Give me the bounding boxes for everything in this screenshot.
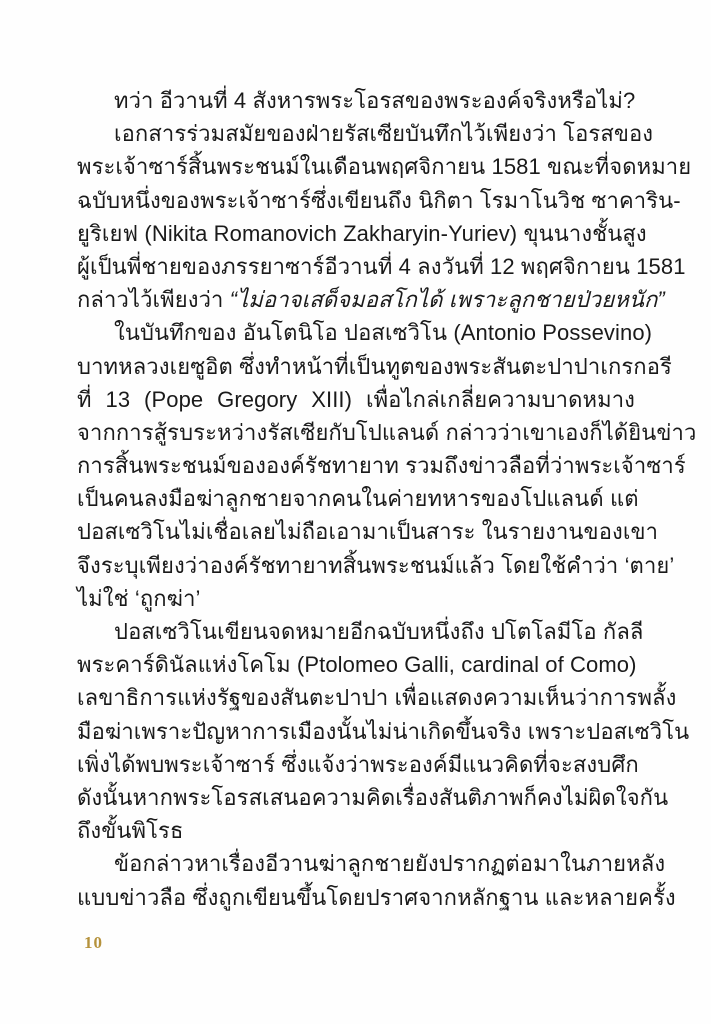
text-segment: เพิ่งได้พบพระเจ้าซาร์ ซึ่งแจ้งว่าพระองค์… (77, 752, 639, 777)
text-segment: ไม่ใช่ ‘ถูกฆ่า’ (77, 586, 201, 611)
text-segment: ทว่า อีวานที่ 4 สังหารพระโอรสของพระองค์จ… (114, 88, 635, 113)
text-line: ทว่า อีวานที่ 4 สังหารพระโอรสของพระองค์จ… (77, 84, 635, 117)
text-segment: กล่าวไว้เพียงว่า (77, 287, 230, 312)
text-segment: ในบันทึกของ อันโตนิโอ ปอสเซวิโน (Antonio… (114, 320, 652, 345)
text-segment: เอกสารร่วมสมัยของฝ่ายรัสเซียบันทึกไว้เพี… (114, 121, 653, 146)
text-line: ปอสเซวิโนไม่เชื่อเลยไม่ถือเอามาเป็นสาระ … (77, 515, 635, 548)
text-segment: ปอสเซวิโนไม่เชื่อเลยไม่ถือเอามาเป็นสาระ … (77, 519, 658, 544)
text-line: ปอสเซวิโนเขียนจดหมายอีกฉบับหนึ่งถึง ปโตโ… (77, 615, 635, 648)
text-segment: ยูริเยฟ (Nikita Romanovich Zakharyin-Yur… (77, 221, 647, 246)
text-segment: การสิ้นพระชนม์ขององค์รัชทายาท รวมถึงข่าว… (77, 453, 686, 478)
body-text: ทว่า อีวานที่ 4 สังหารพระโอรสของพระองค์จ… (77, 84, 635, 914)
text-line: เป็นคนลงมือฆ่าลูกชายจากคนในค่ายทหารของโป… (77, 482, 635, 515)
text-line: พระคาร์ดินัลแห่งโคโม (Ptolomeo Galli, ca… (77, 648, 635, 681)
quoted-italic-text: “ไม่อาจเสด็จมอสโกได้ เพราะลูกชายป่วยหนัก… (230, 287, 665, 312)
text-line: จึงระบุเพียงว่าองค์รัชทายาทสิ้นพระชนม์แล… (77, 549, 635, 582)
text-line: แบบข่าวลือ ซึ่งถูกเขียนขึ้นโดยปราศจากหลั… (77, 881, 635, 914)
text-line: จากการสู้รบระหว่างรัสเซียกับโปแลนด์ กล่า… (77, 416, 635, 449)
text-line: ถึงขั้นพิโรธ (77, 814, 635, 847)
text-segment: บาทหลวงเยซูอิต ซึ่งทำหน้าที่เป็นทูตของพร… (77, 354, 672, 379)
page-number: 10 (84, 933, 103, 953)
text-segment: เป็นคนลงมือฆ่าลูกชายจากคนในค่ายทหารของโป… (77, 486, 639, 511)
text-segment: ที่ 13 (Pope Gregory XIII) เพื่อไกล่เกลี… (77, 387, 635, 412)
text-line: มือฆ่าเพราะปัญหาการเมืองนั้นไม่น่าเกิดขึ… (77, 715, 635, 748)
text-segment: มือฆ่าเพราะปัญหาการเมืองนั้นไม่น่าเกิดขึ… (77, 719, 689, 744)
text-line: ฉบับหนึ่งของพระเจ้าซาร์ซึ่งเขียนถึง นิกิ… (77, 184, 635, 217)
text-segment: เลขาธิการแห่งรัฐของสันตะปาปา เพื่อแสดงคว… (77, 685, 676, 710)
text-line: ที่ 13 (Pope Gregory XIII) เพื่อไกล่เกลี… (77, 383, 635, 416)
text-line: พระเจ้าซาร์สิ้นพระชนม์ในเดือนพฤศจิกายน 1… (77, 150, 635, 183)
book-page: ทว่า อีวานที่ 4 สังหารพระโอรสของพระองค์จ… (0, 0, 711, 1024)
text-line: ในบันทึกของ อันโตนิโอ ปอสเซวิโน (Antonio… (77, 316, 635, 349)
text-segment: ข้อกล่าวหาเรื่องอีวานฆ่าลูกชายยังปรากฏต่… (114, 851, 665, 876)
text-line: ข้อกล่าวหาเรื่องอีวานฆ่าลูกชายยังปรากฏต่… (77, 847, 635, 880)
text-line: เลขาธิการแห่งรัฐของสันตะปาปา เพื่อแสดงคว… (77, 681, 635, 714)
text-segment: ปอสเซวิโนเขียนจดหมายอีกฉบับหนึ่งถึง ปโตโ… (114, 619, 643, 644)
text-line: ไม่ใช่ ‘ถูกฆ่า’ (77, 582, 635, 615)
text-segment: จากการสู้รบระหว่างรัสเซียกับโปแลนด์ กล่า… (77, 420, 696, 445)
text-segment: ผู้เป็นพี่ชายของภรรยาซาร์อีวานที่ 4 ลงวั… (77, 254, 686, 279)
text-line: กล่าวไว้เพียงว่า “ไม่อาจเสด็จมอสโกได้ เพ… (77, 283, 635, 316)
text-segment: แบบข่าวลือ ซึ่งถูกเขียนขึ้นโดยปราศจากหลั… (77, 885, 676, 910)
text-line: ดังนั้นหากพระโอรสเสนอความคิดเรื่องสันติภ… (77, 781, 635, 814)
text-line: เอกสารร่วมสมัยของฝ่ายรัสเซียบันทึกไว้เพี… (77, 117, 635, 150)
text-segment: ฉบับหนึ่งของพระเจ้าซาร์ซึ่งเขียนถึง นิกิ… (77, 188, 681, 213)
text-segment: พระเจ้าซาร์สิ้นพระชนม์ในเดือนพฤศจิกายน 1… (77, 154, 691, 179)
text-line: เพิ่งได้พบพระเจ้าซาร์ ซึ่งแจ้งว่าพระองค์… (77, 748, 635, 781)
text-segment: พระคาร์ดินัลแห่งโคโม (Ptolomeo Galli, ca… (77, 652, 637, 677)
text-segment: จึงระบุเพียงว่าองค์รัชทายาทสิ้นพระชนม์แล… (77, 553, 674, 578)
text-segment: ดังนั้นหากพระโอรสเสนอความคิดเรื่องสันติภ… (77, 785, 668, 810)
text-line: บาทหลวงเยซูอิต ซึ่งทำหน้าที่เป็นทูตของพร… (77, 350, 635, 383)
text-segment: ถึงขั้นพิโรธ (77, 818, 184, 843)
text-line: การสิ้นพระชนม์ขององค์รัชทายาท รวมถึงข่าว… (77, 449, 635, 482)
text-line: ผู้เป็นพี่ชายของภรรยาซาร์อีวานที่ 4 ลงวั… (77, 250, 635, 283)
text-line: ยูริเยฟ (Nikita Romanovich Zakharyin-Yur… (77, 217, 635, 250)
